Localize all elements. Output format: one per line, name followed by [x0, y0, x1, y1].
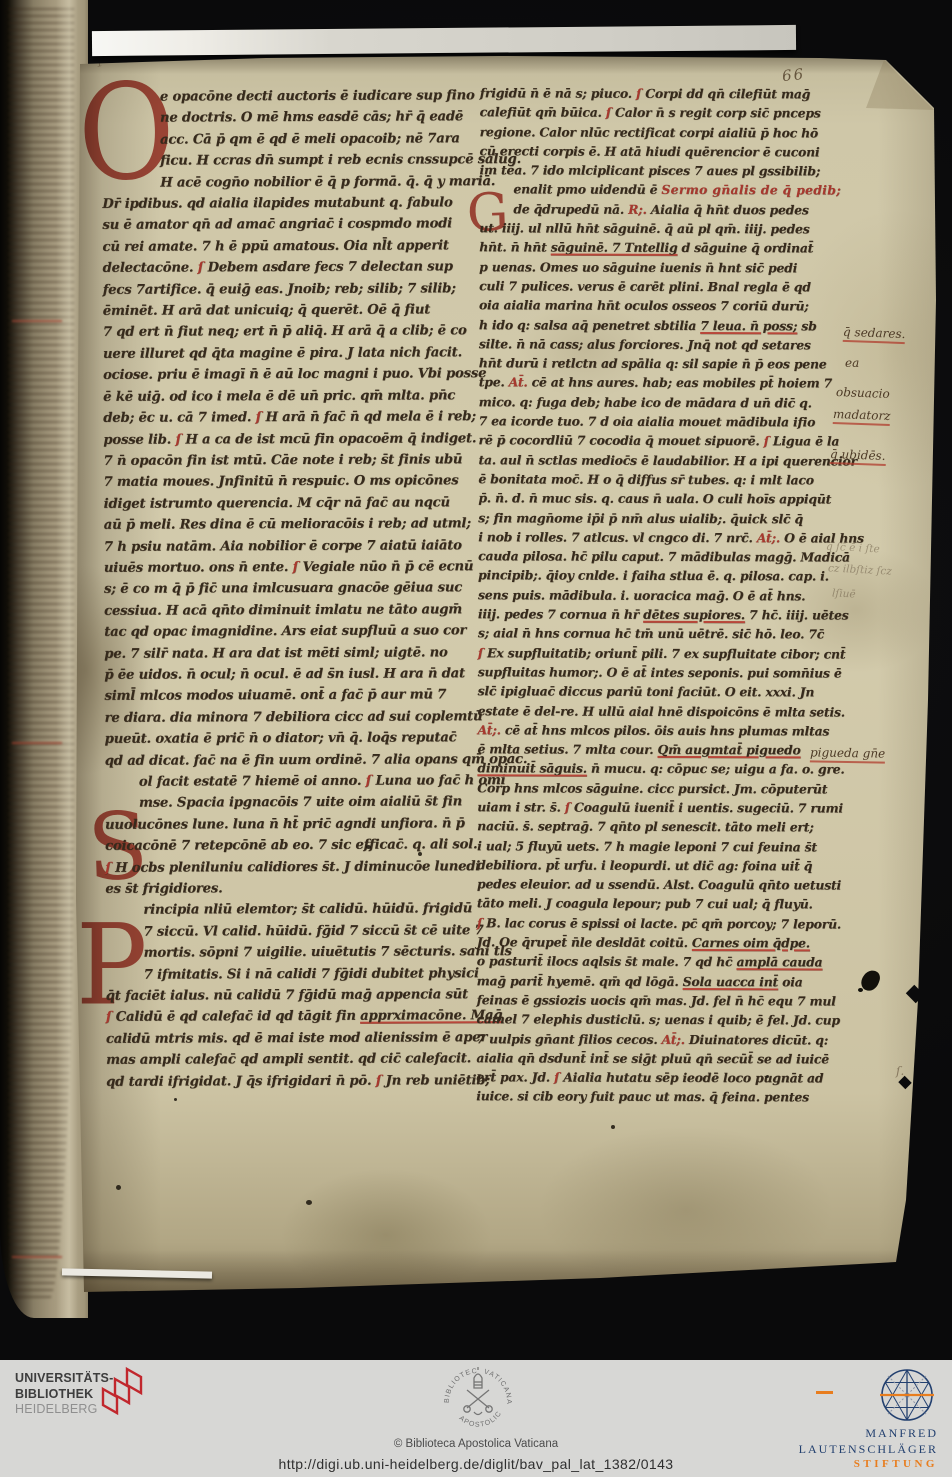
manuscript-line: H acē cogn̄o nobilior ē q̄ p formā. q̄. …: [102, 171, 474, 194]
manuscript-line: e opacōne decti auctoris ē iudicare sup …: [102, 85, 474, 108]
manuscript-line: naciū. s̄. septraḡ. 7 qn̄to pl senescit.…: [477, 817, 915, 838]
manuscript-line: culi 7 pulices. verus ē carēt plini. Bna…: [479, 276, 917, 297]
manuscript-line: At̄;. cē at̄ hns mlcos pilos. ōis auis h…: [477, 720, 915, 741]
manuscript-line: ē bonitata moc̄. H o q̄ diffus sr̄ tubes…: [478, 469, 916, 490]
manuscript-line: s; ē co m q̄ p̄ fic̄ una imlcusuara gnac…: [104, 578, 476, 601]
manuscript-line: 7 matia moues. Jnfinitū n̄ respuic. O ms…: [103, 471, 475, 494]
manuscript-line: uere illuret qd q̄ta magine ē pira. J la…: [103, 342, 475, 365]
manuscript-line: p̄ ēe uidos. n̄ ocul; n̄ ocul. ē ad s̄n …: [104, 663, 476, 686]
manuscript-line: supfluitas humor;. O ē at̄ intes seponis…: [478, 662, 916, 683]
spine-red-rubric-mark: [12, 742, 62, 744]
manuscript-photo: 1· 66 O S P G e opacōne decti auctoris ē…: [0, 0, 952, 1477]
svg-text:VATICANA: VATICANA: [483, 1369, 512, 1405]
vatican-seal-icon: BIBLIOTECA VATICANA APOSTOLICA: [436, 1362, 520, 1438]
manuscript-line: p̄. n̄. d. n̄ muc sis. q. caus n̄ uala. …: [478, 488, 916, 509]
manuscript-line: rincipia nliū elemtor; s̄t calidū. hūidū…: [105, 899, 477, 922]
ink-speck: [766, 1075, 769, 1078]
manuscript-line: iiij. pedes 7 cornua n̄ hr̄ dētes supior…: [478, 604, 916, 625]
manuscript-line: 7 n̄ opacōn fin ist mtū. Cāe note i reb;…: [103, 449, 475, 472]
ink-blot: [858, 988, 863, 992]
manuscript-line: siml̄ mlcos modos uiuamē. ont̄ a fac̄ p̄…: [104, 685, 476, 708]
manuscript-line: acc. Cā p̄ qm ē qd ē meli opacoib; nē 7a…: [102, 128, 474, 151]
manuscript-line: uiam i str. s̄. ſ Coagulū iuenit̄ i uent…: [477, 797, 915, 818]
manuscript-line: idiget istrumto querencia. M cq̄r nā fac…: [104, 492, 476, 515]
book-top-page-edges: [92, 25, 796, 56]
manuscript-line: tac qd opac imagnidine. Ars eiat supfluū…: [104, 620, 476, 643]
ink-speck: [611, 1125, 615, 1129]
spine-highlight: [56, 0, 78, 1318]
manuscript-line: pueūt. oxatia ē pric̄ n̄ o diator; vn̄ q…: [105, 727, 477, 750]
manuscript-line: 7 h psiu natām. Aia nobilior ē corpe 7 a…: [104, 535, 476, 558]
manuscript-line: mortis. sōpni 7 uigilie. uiuētutis 7 sēc…: [106, 941, 478, 964]
manuscript-line: aialia qn̄ dsdunt̄ int̄ se siḡt pluū qn̄…: [476, 1048, 914, 1069]
manuscript-line: s; fin magn̄ome ip̄i p̄ nm̄ alus uialib;…: [478, 508, 916, 529]
manuscript-line: ol facit estatē 7 hiemē oi anno. ſ Luna …: [105, 770, 477, 793]
mls-dash-icon: [816, 1391, 833, 1394]
mls-wordmark: MANFRED LAUTENSCHLÄGER STIFTUNG: [799, 1426, 938, 1473]
text-column-left: e opacōne decti auctoris ē iudicare sup …: [102, 85, 478, 1093]
manuscript-line: oia aialia marina hn̄t oculos osseos 7 c…: [479, 296, 917, 317]
manuscript-line: uuolucōnes lune. luna n̄ ht̄ pric̄ agndi…: [105, 813, 477, 836]
ink-speck: [366, 845, 371, 849]
manuscript-line: mas ampli calefac̄ qd ampli sentit. qd c…: [106, 1048, 478, 1071]
book-spine-page-edges: [0, 0, 88, 1318]
manuscript-line: camel 7 elephis dusticlū. s; uenas i qui…: [476, 1009, 914, 1030]
manuscript-line: calidū mtris mis. qd ē mai iste mod alie…: [106, 1027, 478, 1050]
svg-text:BIBLIOTECA: BIBLIOTECA: [436, 1362, 478, 1403]
manuscript-line: debiliora. pt̄ urfu. i leopurdi. ut dic̄…: [477, 855, 915, 876]
spine-red-rubric-mark: [12, 1256, 62, 1258]
manuscript-line: Jd. Oe q̄rupet̄ n̄le desldāt coitū. Carn…: [477, 932, 915, 953]
manuscript-line: calefiūt qm̄ būica. ſ Calor n̄ s regit c…: [480, 103, 918, 124]
manuscript-line: maḡ parit̄ hyemē. qm̄ qd lōgā. Sola uacc…: [477, 971, 915, 992]
manuscript-line: cū rei amate. 7 h ē ppū amatous. Oia nl̄…: [102, 235, 474, 258]
manuscript-line: Dr̄ ipdibus. qd aialia ilapides mutabunt…: [102, 192, 474, 215]
manuscript-line: uiuēs mortuo. ons n̄ ente. ſ Vegiale nūo…: [104, 556, 476, 579]
mls-line2: LAUTENSCHLÄGER: [799, 1442, 938, 1458]
manuscript-line: ſ B. lac corus ē spissi oi lacte. pc̄ qm…: [477, 913, 915, 934]
manuscript-line: im tēa. 7 ido mlciplicant pisces 7 aues …: [479, 160, 917, 181]
margin-note-obsuacio: obsuacio: [836, 385, 890, 401]
margin-note-madator: madatorz: [833, 407, 891, 426]
mls-globe-icon: [878, 1366, 936, 1424]
manuscript-line: deb; ēc u. cā 7 imed. ſ H arā n̄ fac̄ n̄…: [103, 406, 475, 429]
manuscript-line: su ē amator qn̄ ad amac̄ angriac̄ i cosp…: [102, 214, 474, 237]
manuscript-line: re diara. dia minora 7 debiliora cicc ad…: [105, 706, 477, 729]
manuscript-line: mse. Spacia ipgnacōis 7 uite oim aialiū …: [105, 792, 477, 815]
manuscript-line: frigidū n̄ ē nā s; piuco. ſ Corpi dd qn̄…: [480, 83, 918, 104]
folio-number: 66: [781, 65, 806, 85]
manuscript-line: ociose. priu ē imagī n̄ ē aū loc magni i…: [103, 363, 475, 386]
mls-line3: STIFTUNG: [799, 1457, 938, 1473]
manuscript-page: 1· 66 O S P G e opacōne decti auctoris ē…: [66, 50, 938, 1292]
manuscript-line: 7 qd ert n̄ fiut neq; ert n̄ p̄ aliq̄. H…: [103, 321, 475, 344]
manuscript-line: cessiua. H acā qn̄to diminuit imlatu ne …: [104, 599, 476, 622]
manuscript-line: pe. 7 silr̄ nata. H ara dat ist mēti sim…: [104, 642, 476, 665]
manuscript-line: hn̄t. n̄ hn̄t sāguinē. 7 Tntellig d sāgu…: [479, 238, 917, 259]
manuscript-line: cū erecti corpis ē. H atā hiudi quērenci…: [480, 141, 918, 162]
manuscript-line: ſ H ocbs pleniluniu calidiores s̄t. J di…: [105, 856, 477, 879]
manuscript-line: ficu. H ccras dn̄ sumpt i reb ecnis cnss…: [102, 149, 474, 172]
footer-bar: UNIVERSITÄTS- BIBLIOTHEK HEIDELBERG BIBL…: [0, 1360, 952, 1477]
manuscript-line: s; aial n̄ hns cornua hc̄ tm̄ unū uētrē.…: [478, 624, 916, 645]
manuscript-line: p uenas. Omes uo sāguine iuenis n̄ hnt s…: [479, 257, 917, 278]
manuscript-line: ſ Ex supfluitatib; oriunt̄ pili. 7 ex su…: [478, 643, 916, 664]
manuscript-line: qd ad dicat. fac̄ na ē fin uum ordinē. 7…: [105, 749, 477, 772]
manuscript-line: de q̄drupedū nā. R;. Aialia q̄ hn̄t duos…: [479, 199, 917, 220]
ink-speck: [116, 1185, 121, 1190]
ub-heidelberg-logo-icon: [94, 1366, 146, 1420]
manuscript-line: regione. Calor nlūc rectificat corpi aia…: [480, 122, 918, 143]
margin-note-ea: ea: [845, 356, 859, 370]
manuscript-line: ēminēt. H arā dat unicuiq; q̄ querēt. Oē…: [103, 299, 475, 322]
manuscript-line: Corp hns mlcos sāguine. cicc pursict. Jm…: [477, 778, 915, 799]
seal-word-biblioteca: BIBLIOTECA: [436, 1362, 478, 1403]
manuscript-line: ſ Calidū ē qd calefac̄ id qd tāgit fin a…: [106, 1006, 478, 1029]
manuscript-line: ne doctris. O mē hms easdē cās; hr̄ q̄ e…: [102, 107, 474, 130]
vatican-caption: © Biblioteca Apostolica Vaticana: [276, 1438, 676, 1450]
manuscript-line: slc̄ ipigluac̄ diccus pariū toni faciūt.…: [478, 681, 916, 702]
manuscript-line: q̄t faciēt ialus. nū calidū 7 fḡidū maḡ …: [106, 984, 478, 1007]
ink-speck: [174, 1098, 177, 1101]
manuscript-line: posse lib. ſ H a ca de ist mcū fin opaco…: [103, 428, 475, 451]
ink-speck: [306, 1200, 312, 1205]
manuscript-line: 7 uulpis gn̄ant filios cecos. At̄;. Diui…: [476, 1029, 914, 1050]
margin-note-pinguedo: pigueda gn̄e: [810, 745, 885, 763]
margin-note-ubides: q̄ ubidēs.: [830, 447, 886, 466]
manuscript-line: 7 ifmitatis. Si i nā calidi 7 fḡidi dubi…: [106, 963, 478, 986]
manuscript-line: es s̄t frigidiores.: [105, 877, 477, 900]
spine-red-rubric-mark: [12, 320, 62, 322]
manuscript-line: estate ē del-re. H ullū aial hnē dispoic…: [478, 701, 916, 722]
manuscript-line: qd tardi ifrigidat. J q̄s ifrigidari n̄ …: [106, 1070, 478, 1093]
ink-speck: [418, 852, 422, 856]
manuscript-line: ut. iiij. ul nllū hn̄t sāguinē. q̄ aū pl…: [479, 218, 917, 239]
manuscript-line: 7 siccū. Vl calid. hūidū. fḡid 7 siccū s…: [105, 920, 477, 943]
manuscript-line: o pasturit̄ ilocs aqlsis s̄t male. 7 qd …: [477, 952, 915, 973]
margin-note-sedares: q̄ sedares.: [843, 325, 906, 344]
margin-note-faint: lſiuē: [832, 587, 856, 600]
manuscript-line: i ual; 5 fluyū uets. 7 h magie leponi 7 …: [477, 836, 915, 857]
manuscript-line: aū p̄ meli. Res dina ē cū melioracōis i …: [104, 513, 476, 536]
manuscript-line: tāto meli. J coagula lepour; pub 7 cui u…: [477, 894, 915, 915]
manuscript-line: enalit pmo uidendū ē Sermo gn̄alis de q̄…: [479, 180, 917, 201]
manuscript-line: feinas ē gssiozis uocis qm̄ mas. Jd. fel…: [477, 990, 915, 1011]
manuscript-line: iuice. si cib eory fuit pauc ut mas. q̄ …: [476, 1087, 914, 1108]
seal-word-vaticana: VATICANA: [483, 1369, 512, 1405]
manuscript-line: pedes eleuior. ad u ssendū. Alst. Coagul…: [477, 874, 915, 895]
manuscript-line: delectacōne. ſ Debem asdare fecs 7 delec…: [103, 256, 475, 279]
manuscript-line: fecs 7artifice. q̄ euiḡ eas. Jnoib; reb;…: [103, 278, 475, 301]
mls-line1: MANFRED: [799, 1426, 938, 1442]
manuscript-line: ē kē uiḡ. od ico i mela ē dē un̄ pric. q…: [103, 385, 475, 408]
manuscript-line: ert̄ pax. Jd. ſ Aialia hutatu sēp ieodē …: [476, 1067, 914, 1088]
